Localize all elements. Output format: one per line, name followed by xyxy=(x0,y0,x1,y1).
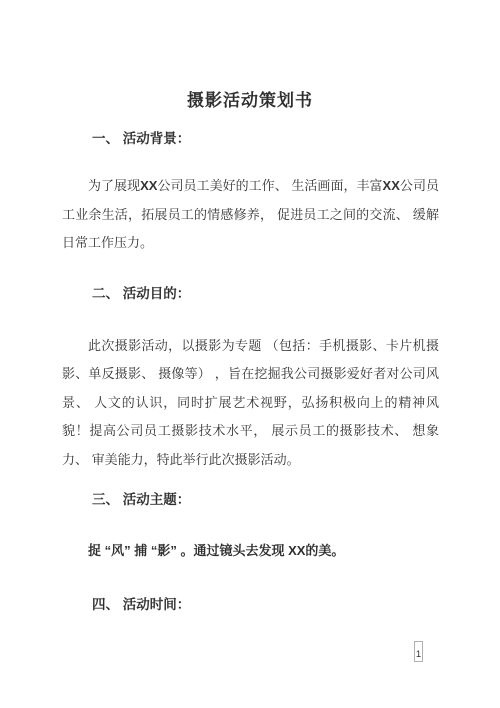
section-heading-background: 一、 活动背景： xyxy=(92,130,438,148)
section-heading-purpose: 二、 活动目的： xyxy=(92,285,438,303)
section-activity-purpose: 二、 活动目的： 此次摄影活动，以摄影为专题 （包括：手机摄影、卡片机摄影、单反… xyxy=(0,285,500,475)
section-paragraph-purpose: 此次摄影活动，以摄影为专题 （包括：手机摄影、卡片机摄影、单反摄影、 摄像等） … xyxy=(62,332,439,475)
section-activity-theme: 三、 活动主题： 捉 “风” 捕 “影” 。通过镜头去发现 XX的美。 xyxy=(0,491,500,560)
document-page: 摄影活动策划书 一、 活动背景： 为了展现XX公司员工美好的工作、 生活画面，丰… xyxy=(0,0,500,708)
section-activity-background: 一、 活动背景： 为了展现XX公司员工美好的工作、 生活画面，丰富XX公司员工业… xyxy=(0,130,500,258)
section-heading-theme: 三、 活动主题： xyxy=(92,491,438,509)
page-number-frame: 1 xyxy=(414,641,423,662)
section-paragraph-background: 为了展现XX公司员工美好的工作、 生活画面，丰富XX公司员工业余生活，拓展员工的… xyxy=(62,172,439,258)
section-paragraph-theme: 捉 “风” 捕 “影” 。通过镜头去发现 XX的美。 xyxy=(62,541,439,560)
section-heading-time: 四、 活动时间： xyxy=(92,596,438,614)
page-number: 1 xyxy=(416,650,421,660)
document-title: 摄影活动策划书 xyxy=(0,90,500,111)
section-activity-time: 四、 活动时间： xyxy=(0,596,500,614)
